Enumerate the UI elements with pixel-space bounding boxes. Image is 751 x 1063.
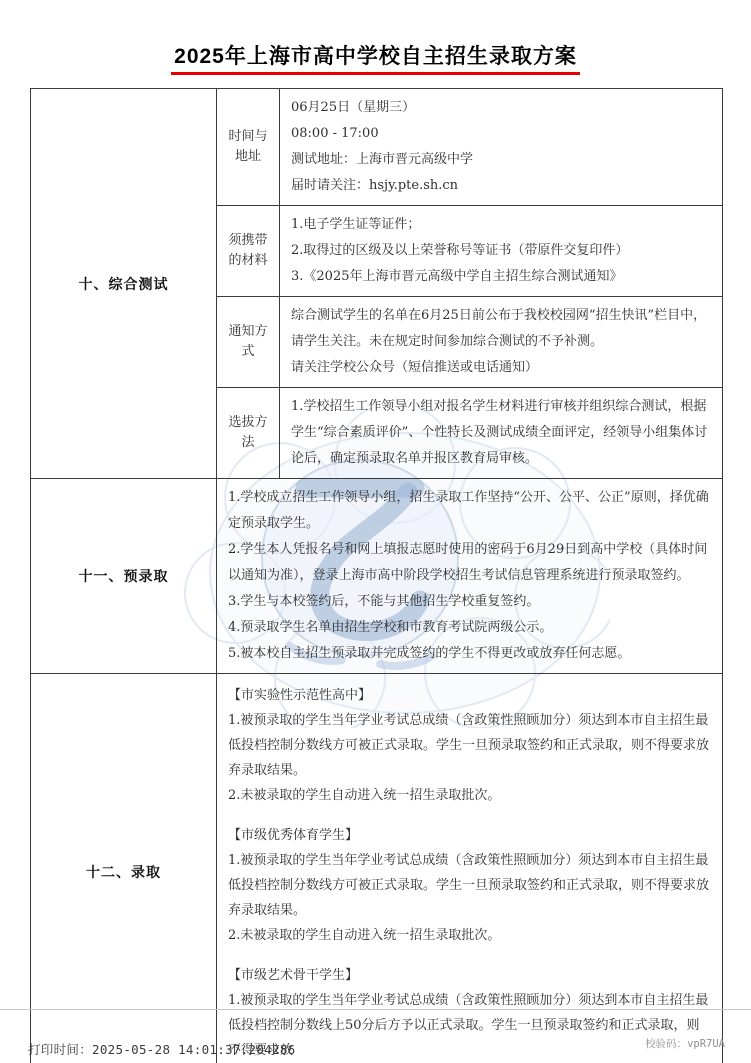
admission-block-sports-students: 【市级优秀体育学生】 1.被预录取的学生当年学业考试总成绩（含政策性照顾加分）须… <box>228 823 710 948</box>
text-line: 测试地址：上海市晋元高级中学 <box>291 147 710 173</box>
block-heading: 【市实验性示范性高中】 <box>228 683 710 708</box>
row-time-address: 十、综合测试 时间与地址 06月25日（星期三） 08:00 - 17:00 测… <box>31 89 723 206</box>
text-line: 2.未被录取的学生自动进入统一招生录取批次。 <box>228 783 710 808</box>
text-line: 3.学生与本校签约后，不能与其他招生学校重复签约。 <box>228 589 710 615</box>
text-line: 5.被本校自主招生预录取并完成签约的学生不得更改或放弃任何志愿。 <box>228 641 710 667</box>
row-label-selection-method: 选拔方法 <box>217 388 280 479</box>
row-admission: 十二、录取 【市实验性示范性高中】 1.被预录取的学生当年学业考试总成绩（含政策… <box>31 674 723 1063</box>
verification-code-value: vpR7UA <box>687 1038 725 1050</box>
block-heading: 【市级艺术骨干学生】 <box>228 963 710 988</box>
notification-method-content: 综合测试学生的名单在6月25日前公布于我校校园网“招生快讯”栏目中，请学生关注。… <box>280 297 723 388</box>
section-label-admission: 十二、录取 <box>31 674 217 1063</box>
verification-code: 校验码：vpR7UA <box>645 1036 725 1051</box>
row-label-notification-method: 通知方式 <box>217 297 280 388</box>
text-line: 08:00 - 17:00 <box>291 121 710 147</box>
pre-admission-content: 1.学校成立招生工作领导小组，招生录取工作坚持“公开、公平、公正”原则，择优确定… <box>217 479 723 674</box>
selection-method-content: 1.学校招生工作领导小组对报名学生材料进行审核并组织综合测试，根据学生“综合素质… <box>280 388 723 479</box>
row-label-time-address: 时间与地址 <box>217 89 280 206</box>
text-line: 届时请关注：hsjy.pte.sh.cn <box>291 173 710 199</box>
text-line: 1.学校招生工作领导小组对报名学生材料进行审核并组织综合测试，根据学生“综合素质… <box>291 394 710 472</box>
time-address-content: 06月25日（星期三） 08:00 - 17:00 测试地址：上海市晋元高级中学… <box>280 89 723 206</box>
row-pre-admission: 十一、预录取 1.学校成立招生工作领导小组，招生录取工作坚持“公开、公平、公正”… <box>31 479 723 674</box>
text-line: 06月25日（星期三） <box>291 95 710 121</box>
admission-plan-table: 十、综合测试 时间与地址 06月25日（星期三） 08:00 - 17:00 测… <box>30 88 723 1063</box>
block-heading: 【市级优秀体育学生】 <box>228 823 710 848</box>
footer-divider <box>0 1009 751 1010</box>
text-line: 请关注学校公众号（短信推送或电话通知） <box>291 355 710 381</box>
text-line: 1.被预录取的学生当年学业考试总成绩（含政策性照顾加分）须达到本市自主招生最低投… <box>228 848 710 923</box>
text-line: 1.被预录取的学生当年学业考试总成绩（含政策性照顾加分）须达到本市自主招生最低投… <box>228 708 710 783</box>
print-timestamp: 打印时间：2025-05-28 14:01:37.204286 <box>28 1040 295 1058</box>
section-label-pre-admission: 十一、预录取 <box>31 479 217 674</box>
text-line: 2.学生本人凭报名号和网上填报志愿时使用的密码于6月29日到高中学校（具体时间以… <box>228 537 710 589</box>
print-time-label: 打印时间： <box>28 1042 92 1057</box>
text-line: 2.未被录取的学生自动进入统一招生录取批次。 <box>228 923 710 948</box>
admission-block-model-high-school: 【市实验性示范性高中】 1.被预录取的学生当年学业考试总成绩（含政策性照顾加分）… <box>228 683 710 808</box>
row-label-required-materials: 须携带的材料 <box>217 206 280 297</box>
text-line: 1.被预录取的学生当年学业考试总成绩（含政策性照顾加分）须达到本市自主招生最低投… <box>228 988 710 1063</box>
page-title: 2025年上海市高中学校自主招生录取方案 <box>0 40 751 75</box>
text-line: 综合测试学生的名单在6月25日前公布于我校校园网“招生快讯”栏目中，请学生关注。… <box>291 303 710 355</box>
verification-code-label: 校验码： <box>645 1038 687 1050</box>
text-line: 1.学校成立招生工作领导小组，招生录取工作坚持“公开、公平、公正”原则，择优确定… <box>228 485 710 537</box>
text-line: 1.电子学生证等证件； <box>291 212 710 238</box>
text-line: 4.预录取学生名单由招生学校和市教育考试院两级公示。 <box>228 615 710 641</box>
section-label-comprehensive-test: 十、综合测试 <box>31 89 217 479</box>
print-time-value: 2025-05-28 14:01:37.204286 <box>92 1042 295 1057</box>
page-title-text: 2025年上海市高中学校自主招生录取方案 <box>171 40 580 75</box>
admission-block-art-students: 【市级艺术骨干学生】 1.被预录取的学生当年学业考试总成绩（含政策性照顾加分）须… <box>228 963 710 1063</box>
text-line: 3.《2025年上海市晋元高级中学自主招生综合测试通知》 <box>291 264 710 290</box>
required-materials-content: 1.电子学生证等证件； 2.取得过的区级及以上荣誉称号等证书（带原件交复印件） … <box>280 206 723 297</box>
text-line: 2.取得过的区级及以上荣誉称号等证书（带原件交复印件） <box>291 238 710 264</box>
admission-content: 【市实验性示范性高中】 1.被预录取的学生当年学业考试总成绩（含政策性照顾加分）… <box>217 674 723 1063</box>
